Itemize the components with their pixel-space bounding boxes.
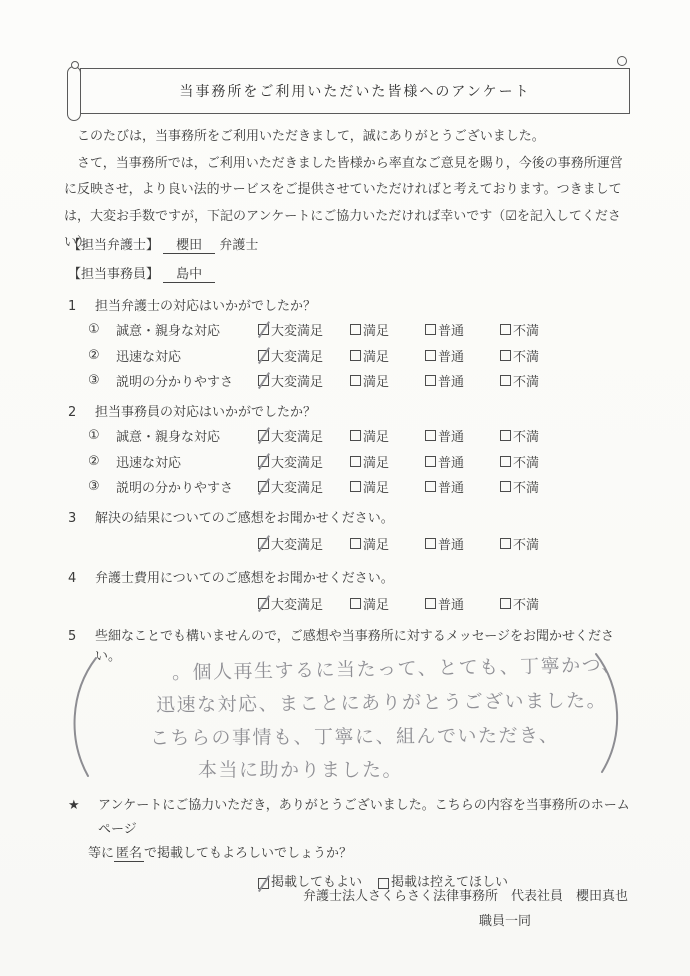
question-header: 1 担当弁護士の対応はいかがでしたか？: [68, 297, 628, 317]
answer-option: 不満: [500, 426, 575, 445]
checkbox: [425, 481, 436, 492]
option-label: 普通: [438, 426, 464, 445]
checkbox: [350, 598, 361, 609]
checkbox: [500, 324, 511, 335]
checkbox-checked: [258, 598, 269, 609]
answer-option: 満足: [350, 452, 425, 471]
answer-option: 普通: [425, 452, 500, 471]
option-label: 不満: [513, 320, 539, 339]
row-number: ①: [88, 428, 116, 443]
option-label: 普通: [438, 477, 464, 496]
option-label: 満足: [363, 426, 389, 445]
checkbox-checked: [258, 324, 269, 335]
checkbox: [425, 598, 436, 609]
question-text: 解決の結果についてのご感想をお聞かせください。: [95, 509, 394, 529]
answer-option: 不満: [500, 477, 575, 496]
checkbox: [350, 430, 361, 441]
staff-section: 【担当弁護士】 櫻田 弁護士 【担当事務員】 島中: [68, 231, 258, 289]
option-label: 不満: [513, 477, 539, 496]
checkbox: [425, 324, 436, 335]
question-row: ③説明の分かりやすさ大変満足満足普通不満: [88, 368, 628, 394]
question-number: 4: [68, 569, 95, 589]
answer-option: 満足: [350, 594, 425, 613]
question-number: 1: [68, 297, 95, 317]
question-row: ②迅速な対応大変満足満足普通不満: [88, 449, 628, 475]
checkbox-checked: [258, 456, 269, 467]
answer-option: 大変満足: [258, 534, 350, 553]
answer-option: 普通: [425, 320, 500, 339]
option-label: 満足: [363, 346, 389, 365]
answer-option: 普通: [425, 371, 500, 390]
clerk-label: 【担当事務員】: [68, 267, 159, 282]
closing-text-1: アンケートにご協力いただき，ありがとうございました。こちらの内容を当事務所のホー…: [98, 794, 633, 842]
option-label: 大変満足: [271, 371, 323, 390]
checkbox: [350, 456, 361, 467]
question-row: ①誠意・親身な対応大変満足満足普通不満: [88, 317, 628, 343]
question-header: 2 担当事務員の対応はいかがでしたか？: [68, 403, 628, 423]
closing-text-2a: 等に: [88, 846, 114, 861]
clerk-line: 【担当事務員】 島中: [68, 260, 258, 289]
row-label: 説明の分かりやすさ: [116, 477, 258, 496]
answer-option: 普通: [425, 594, 500, 613]
title-banner: 当事務所をご利用いただいた皆様へのアンケート: [80, 68, 630, 114]
option-label: 満足: [363, 452, 389, 471]
answer-option: 普通: [425, 534, 500, 553]
checkbox: [500, 538, 511, 549]
intro-paragraph-1: このたびは，当事務所をご利用いただきまして，誠にありがとうございました。: [64, 124, 632, 151]
option-label: 大変満足: [271, 477, 323, 496]
checkbox-checked: [258, 375, 269, 386]
lawyer-line: 【担当弁護士】 櫻田 弁護士: [68, 231, 258, 260]
row-number: ①: [88, 322, 116, 337]
answer-options: 大変満足満足普通不満: [258, 371, 575, 390]
checkbox: [425, 375, 436, 386]
option-label: 不満: [513, 452, 539, 471]
checkbox: [500, 456, 511, 467]
option-label: 普通: [438, 346, 464, 365]
answer-option: 満足: [350, 320, 425, 339]
answer-option: 大変満足: [258, 477, 350, 496]
question-2-section: 2 担当事務員の対応はいかがでしたか？ ①誠意・親身な対応大変満足満足普通不満②…: [68, 403, 628, 500]
answer-options: 大変満足満足普通不満: [258, 320, 575, 339]
signature-block: 弁護士法人さくらさく法律事務所 代表社員 櫻田真也 職員一同: [68, 884, 628, 934]
question-1-section: 1 担当弁護士の対応はいかがでしたか？ ①誠意・親身な対応大変満足満足普通不満②…: [68, 297, 628, 394]
checkbox-checked: [258, 430, 269, 441]
banner-rod-cap-icon: [71, 61, 79, 69]
checkbox-checked: [258, 481, 269, 492]
handwritten-line: 迅速な対応、まことにありがとうございました。: [156, 686, 607, 718]
option-label: 大変満足: [271, 346, 323, 365]
answer-option: 大変満足: [258, 452, 350, 471]
question-rows: ①誠意・親身な対応大変満足満足普通不満②迅速な対応大変満足満足普通不満③説明の分…: [68, 317, 628, 394]
row-number: ③: [88, 479, 116, 494]
signature-line-2: 職員一同: [68, 909, 628, 934]
option-label: 満足: [363, 320, 389, 339]
question-header: 4 弁護士費用についてのご感想をお聞かせください。: [68, 569, 628, 589]
option-label: 大変満足: [271, 594, 323, 613]
option-label: 不満: [513, 534, 539, 553]
lawyer-name: 櫻田: [163, 238, 215, 254]
answer-options: 大変満足満足普通不満: [258, 346, 575, 365]
option-label: 大変満足: [271, 534, 323, 553]
handwritten-message-area: 。個人再生するに当たって、とても、丁寧かつ、 迅速な対応、まことにありがとうござ…: [60, 648, 635, 790]
option-label: 満足: [363, 534, 389, 553]
option-label: 普通: [438, 594, 464, 613]
question-text: 弁護士費用についてのご感想をお聞かせください。: [95, 569, 394, 589]
option-label: 大変満足: [271, 452, 323, 471]
answer-option: 不満: [500, 452, 575, 471]
row-label: 迅速な対応: [116, 346, 258, 365]
row-label: 誠意・親身な対応: [116, 426, 258, 445]
option-label: 満足: [363, 594, 389, 613]
answer-option: 大変満足: [258, 346, 350, 365]
answer-option: 不満: [500, 534, 575, 553]
question-row: ②迅速な対応大変満足満足普通不満: [88, 343, 628, 369]
option-label: 不満: [513, 594, 539, 613]
checkbox: [350, 538, 361, 549]
answer-options: 大変満足満足普通不満: [258, 452, 575, 471]
lawyer-label: 【担当弁護士】: [68, 238, 159, 253]
checkbox: [425, 538, 436, 549]
clerk-name: 島中: [163, 267, 215, 283]
answer-option: 満足: [350, 371, 425, 390]
checkbox: [500, 598, 511, 609]
question-rows: ①誠意・親身な対応大変満足満足普通不満②迅速な対応大変満足満足普通不満③説明の分…: [68, 423, 628, 500]
checkbox: [425, 456, 436, 467]
answer-option: 不満: [500, 346, 575, 365]
closing-line-2: 等に匿名で掲載してもよろしいでしょうか？: [88, 842, 633, 866]
option-label: 不満: [513, 371, 539, 390]
option-label: 普通: [438, 371, 464, 390]
question-number: 3: [68, 509, 95, 529]
banner-scroll-rod: [67, 66, 81, 121]
answer-options-row: 大変満足満足普通不満: [258, 534, 628, 553]
checkbox: [350, 350, 361, 361]
row-label: 説明の分かりやすさ: [116, 371, 258, 390]
option-label: 普通: [438, 452, 464, 471]
question-row: ①誠意・親身な対応大変満足満足普通不満: [88, 423, 628, 449]
answer-option: 大変満足: [258, 320, 350, 339]
checkbox: [350, 481, 361, 492]
answer-option: 大変満足: [258, 594, 350, 613]
checkbox: [350, 375, 361, 386]
closing-text-2b: で掲載してもよろしいでしょうか？: [144, 846, 352, 861]
answer-option: 大変満足: [258, 371, 350, 390]
answer-option: 普通: [425, 477, 500, 496]
answer-option: 満足: [350, 346, 425, 365]
answer-option: 不満: [500, 594, 575, 613]
handwritten-line: こちらの事情も、丁寧に、組んでいただき、: [150, 721, 559, 751]
scanned-survey-page: 当事務所をご利用いただいた皆様へのアンケート このたびは，当事務所をご利用いただ…: [0, 0, 690, 976]
answer-option: 満足: [350, 477, 425, 496]
checkbox: [425, 350, 436, 361]
option-label: 普通: [438, 534, 464, 553]
row-label: 誠意・親身な対応: [116, 320, 258, 339]
checkbox: [500, 375, 511, 386]
closing-section: ★ アンケートにご協力いただき，ありがとうございました。こちらの内容を当事務所の…: [68, 794, 633, 895]
question-header: 3 解決の結果についてのご感想をお聞かせください。: [68, 509, 628, 529]
banner-tack-icon: [617, 56, 627, 66]
option-label: 大変満足: [271, 426, 323, 445]
closing-line-1: ★ アンケートにご協力いただき，ありがとうございました。こちらの内容を当事務所の…: [68, 794, 633, 842]
option-label: 不満: [513, 426, 539, 445]
anonymous-underlined: 匿名: [114, 846, 144, 862]
checkbox: [500, 350, 511, 361]
checkbox: [500, 430, 511, 441]
page-title: 当事務所をご利用いただいた皆様へのアンケート: [179, 81, 530, 101]
checkbox: [500, 481, 511, 492]
question-4-section: 4 弁護士費用についてのご感想をお聞かせください。 大変満足満足普通不満: [68, 569, 628, 613]
answer-option: 満足: [350, 426, 425, 445]
answer-options: 大変満足満足普通不満: [258, 426, 575, 445]
answer-option: 不満: [500, 320, 575, 339]
option-label: 満足: [363, 477, 389, 496]
checkbox: [425, 430, 436, 441]
question-text: 担当弁護士の対応はいかがでしたか？: [95, 297, 316, 317]
row-number: ②: [88, 348, 116, 363]
row-label: 迅速な対応: [116, 452, 258, 471]
checkbox-checked: [258, 538, 269, 549]
question-3-section: 3 解決の結果についてのご感想をお聞かせください。 大変満足満足普通不満: [68, 509, 628, 553]
answer-options: 大変満足満足普通不満: [258, 477, 575, 496]
option-label: 大変満足: [271, 320, 323, 339]
star-icon: ★: [68, 794, 98, 842]
checkbox-checked: [258, 350, 269, 361]
answer-option: 満足: [350, 534, 425, 553]
question-row: ③説明の分かりやすさ大変満足満足普通不満: [88, 474, 628, 500]
option-label: 普通: [438, 320, 464, 339]
answer-options-row: 大変満足満足普通不満: [258, 594, 628, 613]
answer-option: 普通: [425, 426, 500, 445]
option-label: 不満: [513, 346, 539, 365]
question-number: 2: [68, 403, 95, 423]
lawyer-title: 弁護士: [219, 238, 258, 253]
question-text: 担当事務員の対応はいかがでしたか？: [95, 403, 316, 423]
checkbox: [350, 324, 361, 335]
handwritten-line: 本当に助かりました。: [198, 755, 403, 782]
row-number: ③: [88, 373, 116, 388]
answer-option: 不満: [500, 371, 575, 390]
signature-line-1: 弁護士法人さくらさく法律事務所 代表社員 櫻田真也: [68, 884, 628, 909]
row-number: ②: [88, 454, 116, 469]
answer-option: 大変満足: [258, 426, 350, 445]
answer-option: 普通: [425, 346, 500, 365]
option-label: 満足: [363, 371, 389, 390]
